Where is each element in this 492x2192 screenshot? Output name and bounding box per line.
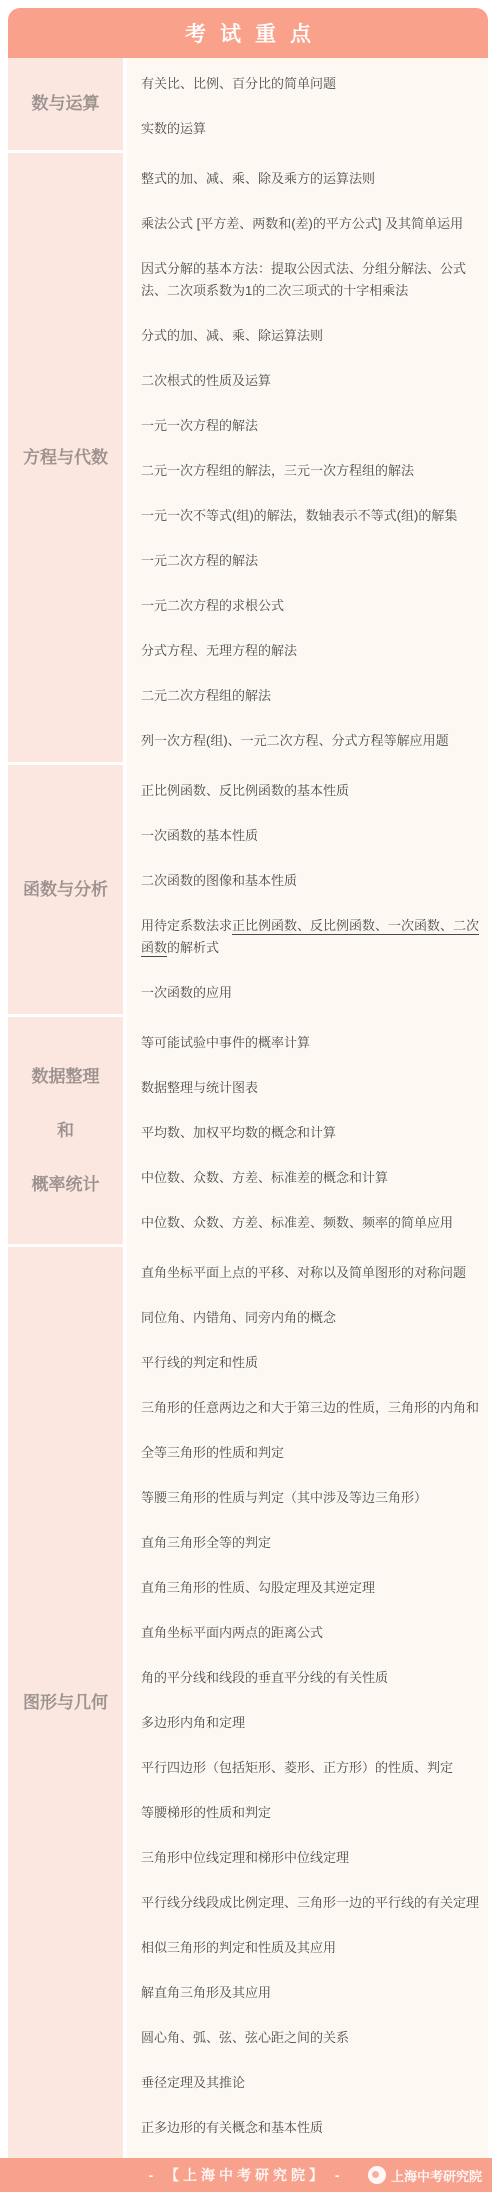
category-label: 方程与代数 xyxy=(23,431,108,485)
category-cell: 数与运算 xyxy=(8,58,127,153)
category-cell: 函数与分析 xyxy=(8,765,127,1017)
page-title: 考试重点 xyxy=(171,18,325,48)
exam-point-item: 用待定系数法求正比例函数、反比例函数、一次函数、二次函数的解析式 xyxy=(127,903,488,970)
footer-bar: - 【上海中考研究院】 - 上海中考研究院 xyxy=(0,2158,492,2192)
brand-logo-icon xyxy=(368,2166,386,2184)
exam-point-item: 平行线的判定和性质 xyxy=(127,1340,488,1385)
exam-point-item: 等腰三角形的性质与判定（其中涉及等边三角形） xyxy=(127,1475,488,1520)
category-items: 等可能试验中事件的概率计算数据整理与统计图表平均数、加权平均数的概念和计算中位数… xyxy=(127,1017,488,1247)
footer-brand: 上海中考研究院 xyxy=(368,2158,482,2192)
exam-point-item: 实数的运算 xyxy=(127,106,488,151)
section-row: 函数与分析正比例函数、反比例函数的基本性质一次函数的基本性质二次函数的图像和基本… xyxy=(8,765,488,1017)
category-cell: 数据整理 和 概率统计 xyxy=(8,1017,127,1247)
exam-point-item-prefix: 用待定系数法求 xyxy=(141,918,232,933)
exam-point-item: 直角坐标平面上点的平移、对称以及简单图形的对称问题 xyxy=(127,1250,488,1295)
exam-point-item: 一元一次不等式(组)的解法，数轴表示不等式(组)的解集 xyxy=(127,493,488,538)
card-header: 考试重点 xyxy=(8,8,488,58)
category-items: 整式的加、减、乘、除及乘方的运算法则乘法公式 [平方差、两数和(差)的平方公式]… xyxy=(127,153,488,765)
exam-point-item: 同位角、内错角、同旁内角的概念 xyxy=(127,1295,488,1340)
exam-point-item: 等可能试验中事件的概率计算 xyxy=(127,1020,488,1065)
exam-point-item: 乘法公式 [平方差、两数和(差)的平方公式] 及其简单运用 xyxy=(127,201,488,246)
exam-point-item: 二次函数的图像和基本性质 xyxy=(127,858,488,903)
section-row: 数据整理 和 概率统计等可能试验中事件的概率计算数据整理与统计图表平均数、加权平… xyxy=(8,1017,488,1247)
exam-point-item: 因式分解的基本方法：提取公因式法、分组分解法、公式法、二次项系数为1的二次三项式… xyxy=(127,246,488,313)
exam-point-item: 中位数、众数、方差、标准差的概念和计算 xyxy=(127,1155,488,1200)
section-row: 图形与几何直角坐标平面上点的平移、对称以及简单图形的对称问题同位角、内错角、同旁… xyxy=(8,1247,488,2158)
section-row: 方程与代数整式的加、减、乘、除及乘方的运算法则乘法公式 [平方差、两数和(差)的… xyxy=(8,153,488,765)
exam-point-item-suffix: 的解析式 xyxy=(167,940,219,955)
exam-point-item: 分式方程、无理方程的解法 xyxy=(127,628,488,673)
exam-point-item: 角的平分线和线段的垂直平分线的有关性质 xyxy=(127,1655,488,1700)
exam-point-item: 垂径定理及其推论 xyxy=(127,2060,488,2105)
exam-point-item: 解直角三角形及其应用 xyxy=(127,1970,488,2015)
exam-point-item: 圆心角、弧、弦、弦心距之间的关系 xyxy=(127,2015,488,2060)
category-items: 正比例函数、反比例函数的基本性质一次函数的基本性质二次函数的图像和基本性质用待定… xyxy=(127,765,488,1017)
exam-point-item: 一元二次方程的求根公式 xyxy=(127,583,488,628)
exam-point-item: 相似三角形的判定和性质及其应用 xyxy=(127,1925,488,1970)
exam-point-item: 正比例函数、反比例函数的基本性质 xyxy=(127,768,488,813)
exam-point-item: 直角三角形全等的判定 xyxy=(127,1520,488,1565)
exam-point-item: 直角三角形的性质、勾股定理及其逆定理 xyxy=(127,1565,488,1610)
brand-name: 上海中考研究院 xyxy=(391,2166,482,2185)
exam-key-points-card: 考试重点 数与运算有关比、比例、百分比的简单问题实数的运算方程与代数整式的加、减… xyxy=(8,8,488,2158)
exam-point-item: 二元二次方程组的解法 xyxy=(127,673,488,718)
category-cell: 方程与代数 xyxy=(8,153,127,765)
exam-point-item: 整式的加、减、乘、除及乘方的运算法则 xyxy=(127,156,488,201)
exam-point-item: 多边形内角和定理 xyxy=(127,1700,488,1745)
exam-point-item: 列一次方程(组)、一元二次方程、分式方程等解应用题 xyxy=(127,718,488,763)
exam-point-item: 全等三角形的性质和判定 xyxy=(127,1430,488,1475)
category-items: 有关比、比例、百分比的简单问题实数的运算 xyxy=(127,58,488,153)
exam-point-item: 一元二次方程的解法 xyxy=(127,538,488,583)
exam-point-item: 等腰梯形的性质和判定 xyxy=(127,1790,488,1835)
category-label: 数与运算 xyxy=(32,77,100,131)
exam-point-item: 中位数、众数、方差、标准差、频数、频率的简单应用 xyxy=(127,1200,488,1245)
exam-point-item: 正多边形的有关概念和基本性质 xyxy=(127,2105,488,2150)
exam-point-item: 分式的加、减、乘、除运算法则 xyxy=(127,313,488,358)
exam-point-item: 平行四边形（包括矩形、菱形、正方形）的性质、判定 xyxy=(127,1745,488,1790)
exam-point-item: 一元一次方程的解法 xyxy=(127,403,488,448)
section-row: 数与运算有关比、比例、百分比的简单问题实数的运算 xyxy=(8,58,488,153)
exam-point-item: 数据整理与统计图表 xyxy=(127,1065,488,1110)
sections-table: 数与运算有关比、比例、百分比的简单问题实数的运算方程与代数整式的加、减、乘、除及… xyxy=(8,58,488,2158)
exam-point-item: 一次函数的应用 xyxy=(127,970,488,1015)
category-cell: 图形与几何 xyxy=(8,1247,127,2158)
category-label: 数据整理 和 概率统计 xyxy=(32,1050,100,1212)
category-label: 图形与几何 xyxy=(23,1676,108,1730)
exam-point-item: 二次根式的性质及运算 xyxy=(127,358,488,403)
exam-point-item: 直角坐标平面内两点的距离公式 xyxy=(127,1610,488,1655)
exam-point-item: 三角形中位线定理和梯形中位线定理 xyxy=(127,1835,488,1880)
exam-point-item: 有关比、比例、百分比的简单问题 xyxy=(127,61,488,106)
category-items: 直角坐标平面上点的平移、对称以及简单图形的对称问题同位角、内错角、同旁内角的概念… xyxy=(127,1247,488,2158)
exam-point-item: 平行线分线段成比例定理、三角形一边的平行线的有关定理 xyxy=(127,1880,488,1925)
exam-point-item: 二元一次方程组的解法，三元一次方程组的解法 xyxy=(127,448,488,493)
category-label: 函数与分析 xyxy=(23,863,108,917)
exam-point-item: 平均数、加权平均数的概念和计算 xyxy=(127,1110,488,1155)
footer-watermark: - 【上海中考研究院】 - xyxy=(148,2165,343,2185)
exam-point-item: 一次函数的基本性质 xyxy=(127,813,488,858)
exam-point-item: 三角形的任意两边之和大于第三边的性质，三角形的内角和 xyxy=(127,1385,488,1430)
